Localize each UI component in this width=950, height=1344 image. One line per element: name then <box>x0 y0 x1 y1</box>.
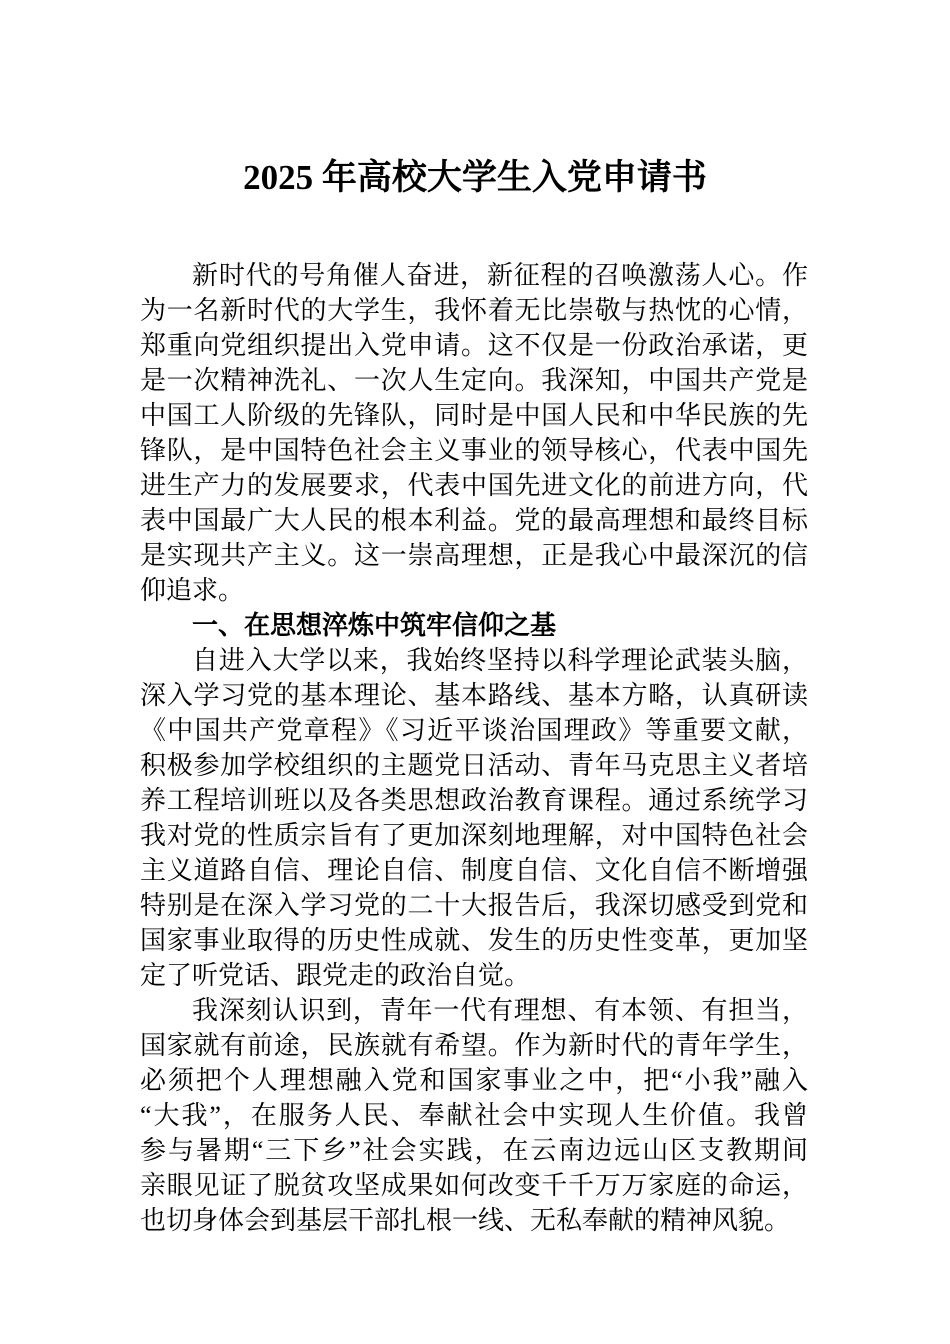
section-heading: 一、在思想淬炼中筑牢信仰之基 <box>140 608 808 643</box>
text-line: 我深刻认识到，青年一代有理想、有本领、有担当， <box>140 993 808 1028</box>
text-line: 表中国最广大人民的根本利益。党的最高理想和最终目标 <box>140 503 808 538</box>
text-line: “大我”，在服务人民、奉献社会中实现人生价值。我曾 <box>140 1098 808 1133</box>
document-title: 2025 年高校大学生入党申请书 <box>0 157 950 199</box>
text-line: 亲眼见证了脱贫攻坚成果如何改变千千万万家庭的命运， <box>140 1168 808 1203</box>
text-line: 锋队，是中国特色社会主义事业的领导核心，代表中国先 <box>140 433 808 468</box>
text-line: 参与暑期“三下乡”社会实践，在云南边远山区支教期间 <box>140 1133 808 1168</box>
text-line: 我对党的性质宗旨有了更加深刻地理解，对中国特色社会 <box>140 818 808 853</box>
document-body: 新时代的号角催人奋进，新征程的召唤激荡人心。作为一名新时代的大学生，我怀着无比崇… <box>140 258 808 1238</box>
text-line: 自进入大学以来，我始终坚持以科学理论武装头脑， <box>140 643 808 678</box>
text-line: 必须把个人理想融入党和国家事业之中，把“小我”融入 <box>140 1063 808 1098</box>
text-line: 特别是在深入学习党的二十大报告后，我深切感受到党和 <box>140 888 808 923</box>
text-line: 中国工人阶级的先锋队，同时是中国人民和中华民族的先 <box>140 398 808 433</box>
text-line: 新时代的号角催人奋进，新征程的召唤激荡人心。作 <box>140 258 808 293</box>
text-line: 为一名新时代的大学生，我怀着无比崇敬与热忱的心情， <box>140 293 808 328</box>
document-page: 2025 年高校大学生入党申请书 新时代的号角催人奋进，新征程的召唤激荡人心。作… <box>0 0 950 1344</box>
text-line: 郑重向党组织提出入党申请。这不仅是一份政治承诺，更 <box>140 328 808 363</box>
text-line: 是实现共产主义。这一崇高理想，正是我心中最深沉的信 <box>140 538 808 573</box>
text-line: 国家事业取得的历史性成就、发生的历史性变革，更加坚 <box>140 923 808 958</box>
text-line: 是一次精神洗礼、一次人生定向。我深知，中国共产党是 <box>140 363 808 398</box>
text-line: 国家就有前途，民族就有希望。作为新时代的青年学生， <box>140 1028 808 1063</box>
text-line: 也切身体会到基层干部扎根一线、无私奉献的精神风貌。 <box>140 1203 808 1238</box>
text-line: 深入学习党的基本理论、基本路线、基本方略，认真研读 <box>140 678 808 713</box>
text-line: 仰追求。 <box>140 573 808 608</box>
text-line: 积极参加学校组织的主题党日活动、青年马克思主义者培 <box>140 748 808 783</box>
text-line: 主义道路自信、理论自信、制度自信、文化自信不断增强 <box>140 853 808 888</box>
text-line: 《中国共产党章程》《习近平谈治国理政》等重要文献， <box>140 713 808 748</box>
text-line: 养工程培训班以及各类思想政治教育课程。通过系统学习 <box>140 783 808 818</box>
text-line: 进生产力的发展要求，代表中国先进文化的前进方向，代 <box>140 468 808 503</box>
text-line: 定了听党话、跟党走的政治自觉。 <box>140 958 808 993</box>
